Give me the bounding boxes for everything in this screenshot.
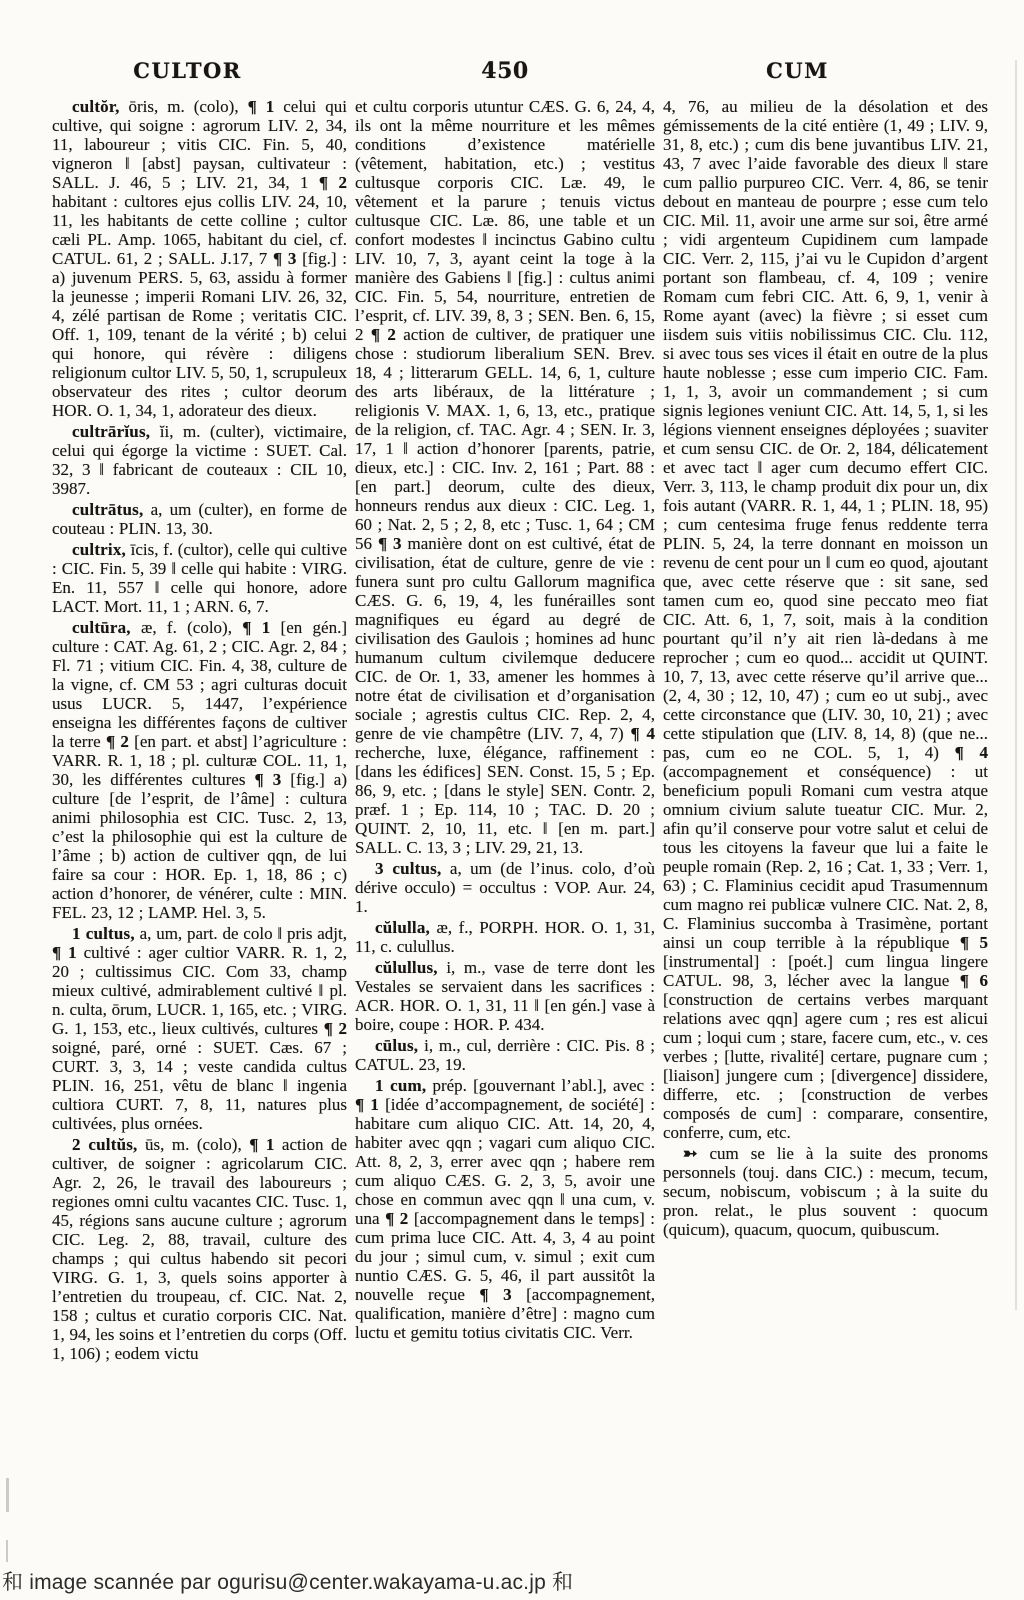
section-marker: ¶ 6 (960, 971, 988, 990)
page-header: CULTOR 450 CUM (52, 58, 988, 84)
entry-continuation: et cultu corporis utuntur CÆS. G. 6, 24,… (355, 97, 655, 857)
text-column-2: et cultu corporis utuntur CÆS. G. 6, 24,… (355, 97, 655, 1555)
headword: 2 cultŭs, (72, 1135, 138, 1154)
section-marker: ¶ 1 (249, 1135, 274, 1154)
headword: cultūra, (72, 618, 131, 637)
section-marker: ¶ 2 (324, 1019, 347, 1038)
scan-artifact (6, 1540, 8, 1562)
section-marker: ¶ 1 (52, 943, 77, 962)
section-marker: ¶ 3 (255, 770, 282, 789)
dictionary-entry: 1 cultus, a, um, part. de colo ‖ pris ad… (52, 924, 347, 1133)
section-marker: ¶ 3 (378, 534, 402, 553)
header-keyword-right: CUM (635, 58, 960, 84)
scan-credit-text: 和 image scannée par ogurisu@center.wakay… (2, 1571, 573, 1594)
section-marker: ¶ 2 (371, 325, 396, 344)
section-marker: ¶ 4 (631, 724, 656, 743)
headword: 1 cum, (375, 1076, 426, 1095)
headword: ➳ (683, 1144, 697, 1163)
page-number: 450 (355, 58, 655, 84)
dictionary-entry: cūlus, i, m., cul, derrière : CIC. Pis. … (355, 1036, 655, 1074)
dictionary-entry: 1 cum, prép. [gouvernant l’abl.], avec :… (355, 1076, 655, 1342)
dictionary-entry: cultūra, æ, f. (colo), ¶ 1 [en gén.] cul… (52, 618, 347, 922)
headword: cultrārĭus, (72, 422, 150, 441)
dictionary-entry: cultrix, īcis, f. (cultor), celle qui cu… (52, 540, 347, 616)
dictionary-entry: ➳ cum se lie à la suite des pronoms pers… (663, 1144, 988, 1239)
headword: cultrātus, (72, 500, 143, 519)
scanned-page: CULTOR 450 CUM cultŏr, ōris, m. (colo), … (0, 0, 1024, 1600)
dictionary-columns: cultŏr, ōris, m. (colo), ¶ 1 celui qui c… (52, 97, 988, 1555)
headword: cūlus, (375, 1036, 418, 1055)
header-keyword-left: CULTOR (40, 58, 335, 84)
text-column-1: cultŏr, ōris, m. (colo), ¶ 1 celui qui c… (52, 97, 347, 1555)
headword: 1 cultus, (72, 924, 135, 943)
dictionary-entry: cŭlullus, i, m., vase de terre dont les … (355, 958, 655, 1034)
section-marker: ¶ 4 (955, 743, 988, 762)
section-marker: ¶ 2 (385, 1209, 408, 1228)
section-marker: ¶ 1 (242, 618, 270, 637)
dictionary-entry: 3 cultus, a, um (de l’inus. colo, d’où d… (355, 859, 655, 916)
scan-artifact (1015, 60, 1017, 1310)
section-marker: ¶ 3 (479, 1285, 511, 1304)
dictionary-entry: 2 cultŭs, ūs, m. (colo), ¶ 1 action de c… (52, 1135, 347, 1363)
headword: cultrix, (72, 540, 126, 559)
section-marker: ¶ 1 (355, 1095, 379, 1114)
dictionary-entry: cultrārĭus, ĭi, m. (culter), victimaire,… (52, 422, 347, 498)
section-marker: ¶ 3 (273, 249, 296, 268)
section-marker: ¶ 2 (106, 732, 129, 751)
scan-credit-footer: 和 image scannée par ogurisu@center.wakay… (2, 1566, 573, 1596)
text-column-3: 4, 76, au milieu de la désolation et des… (663, 97, 988, 1555)
section-marker: ¶ 2 (319, 173, 347, 192)
section-marker: ¶ 5 (960, 933, 988, 952)
headword: 3 cultus, (375, 859, 441, 878)
entry-continuation: 4, 76, au milieu de la désolation et des… (663, 97, 988, 1142)
section-marker: ¶ 1 (248, 97, 275, 116)
dictionary-entry: cŭlulla, æ, f., PORPH. HOR. O. 1, 31, 11… (355, 918, 655, 956)
headword: cŭlullus, (375, 958, 438, 977)
headword: cultŏr, (72, 97, 120, 116)
headword: cŭlulla, (375, 918, 430, 937)
scan-artifact (6, 1478, 9, 1512)
dictionary-entry: cultrātus, a, um (culter), en forme de c… (52, 500, 347, 538)
dictionary-entry: cultŏr, ōris, m. (colo), ¶ 1 celui qui c… (52, 97, 347, 420)
